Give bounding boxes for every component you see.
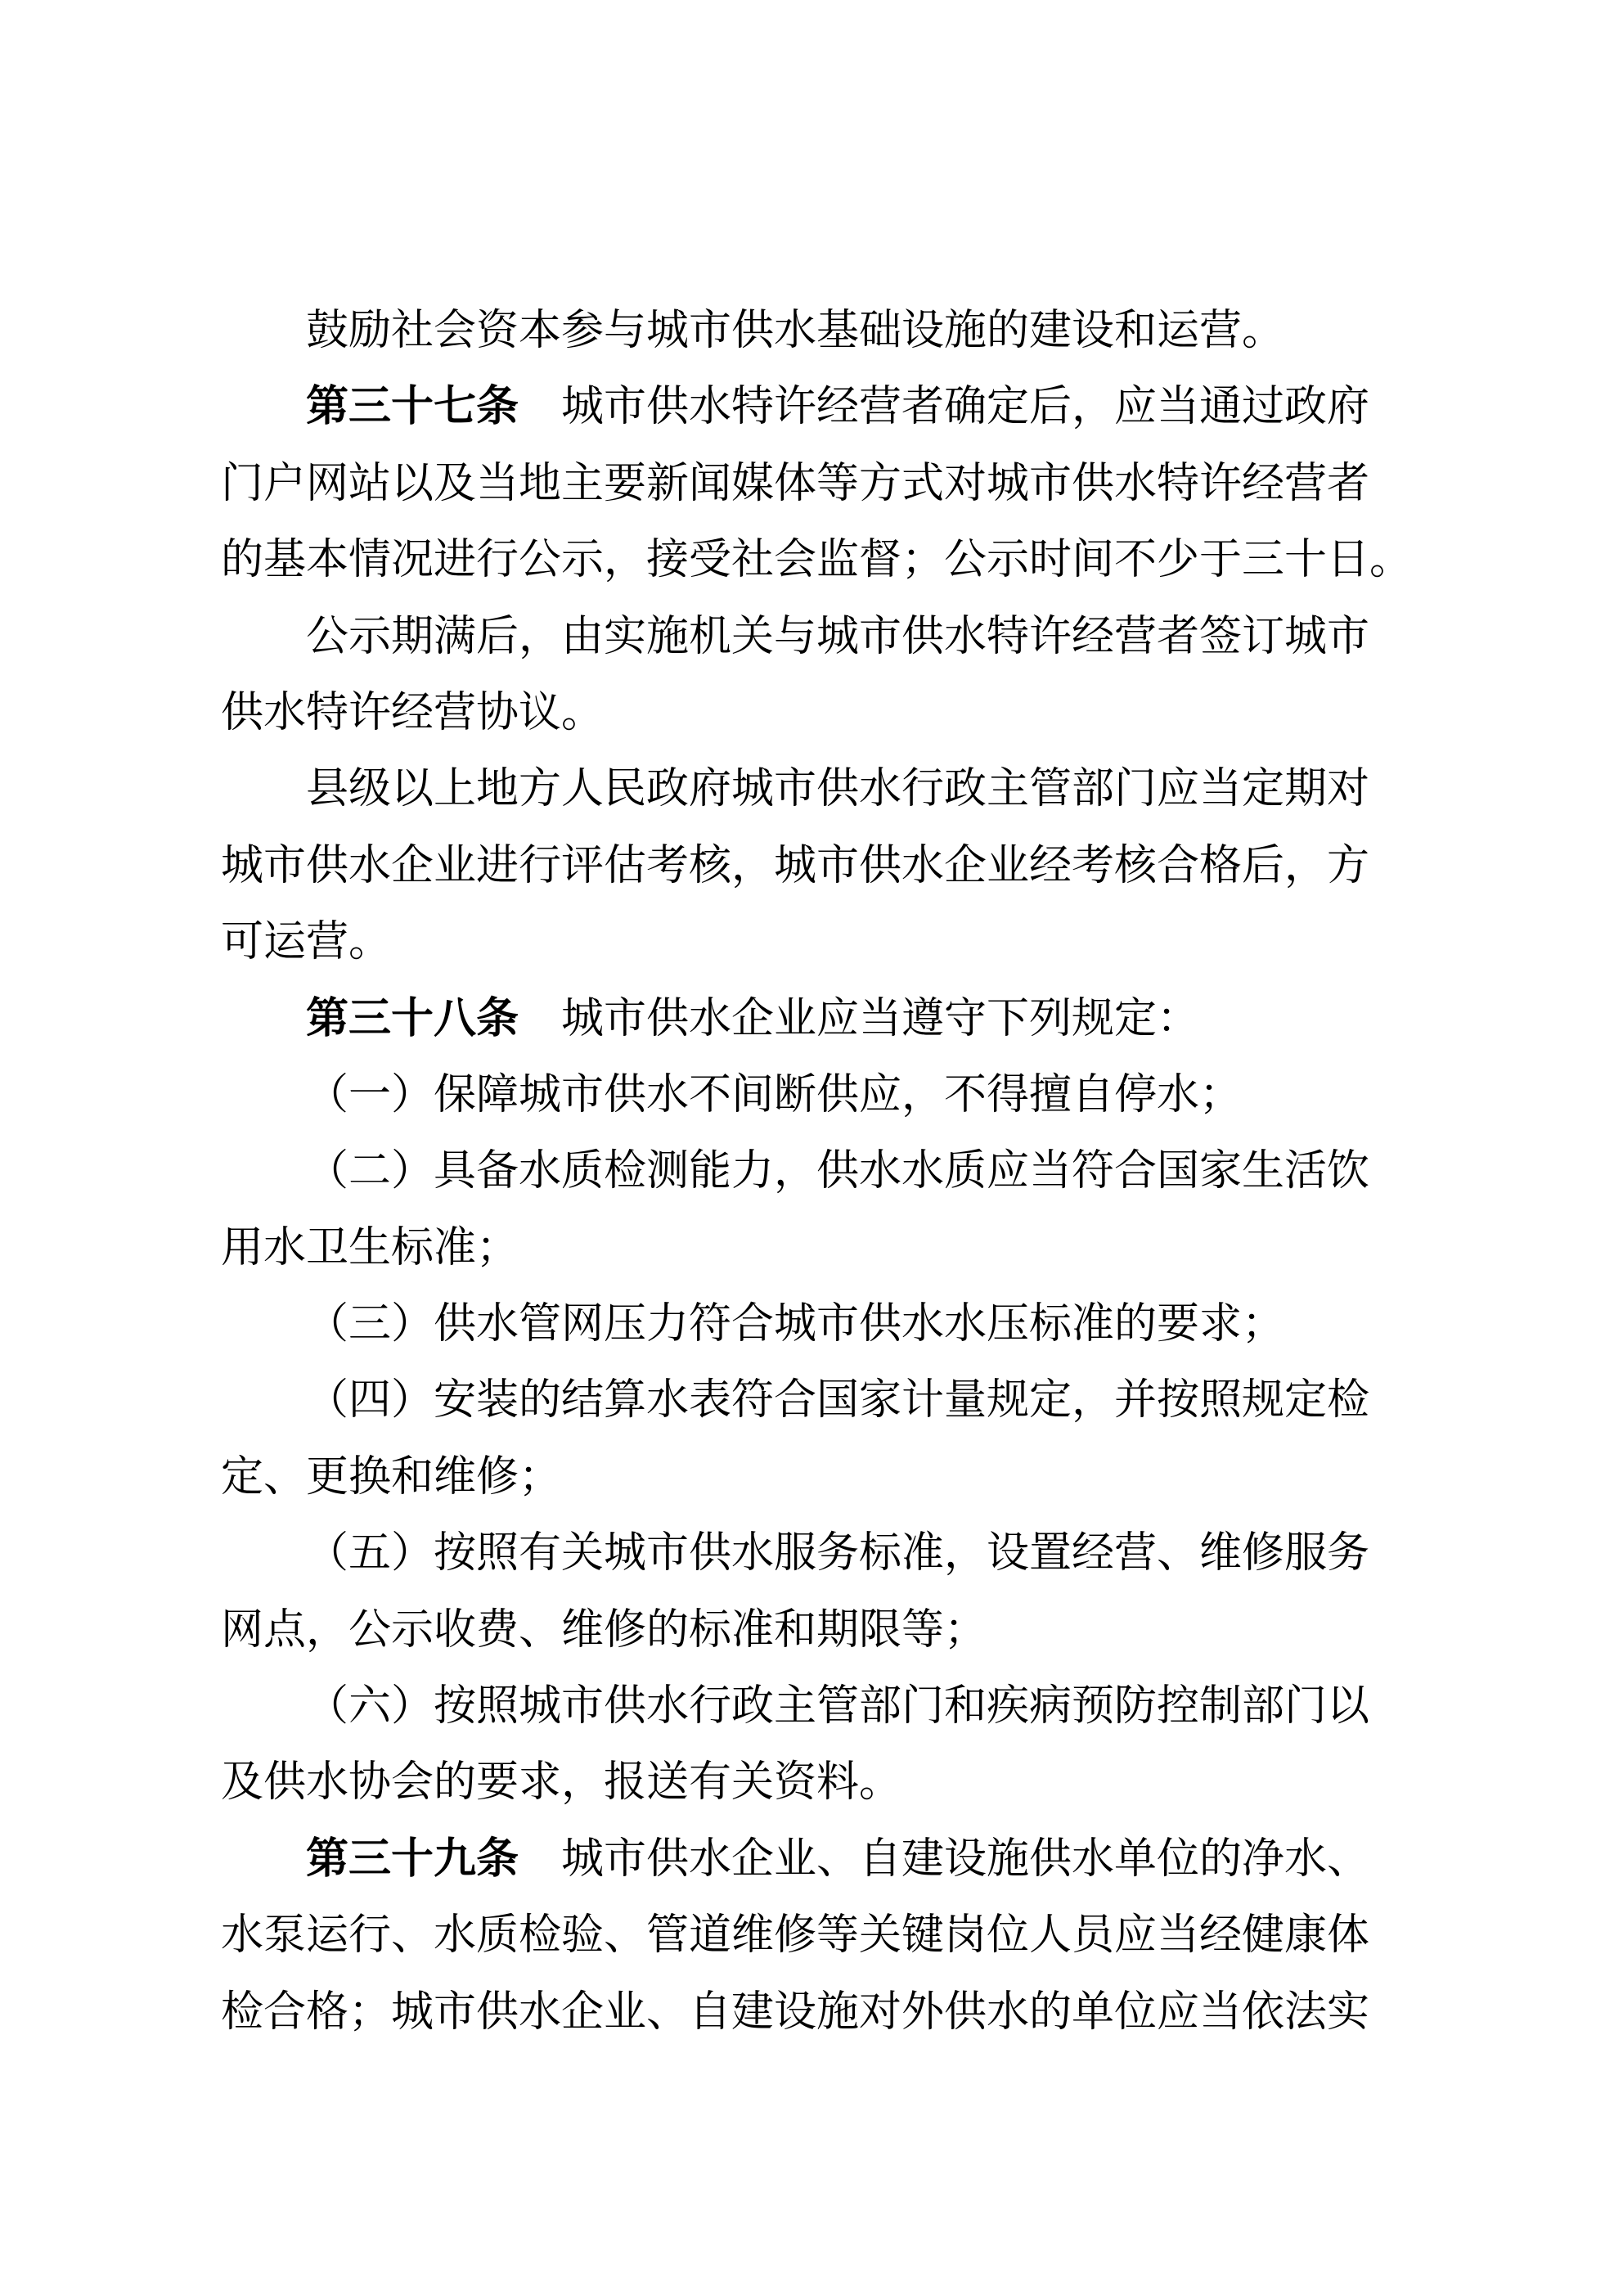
text-line: 网点，公示收费、维修的标准和期限等； xyxy=(221,1592,1409,1668)
text-segment: （一）保障城市供水不间断供应，不得擅自停水； xyxy=(306,1072,1242,1119)
text-line: 及供水协会的要求，报送有关资料。 xyxy=(221,1745,1409,1821)
text-line: （一）保障城市供水不间断供应，不得擅自停水； xyxy=(221,1057,1409,1133)
text-segment: 供水特许经营协议。 xyxy=(221,690,604,736)
text-line: 城市供水企业进行评估考核，城市供水企业经考核合格后，方 xyxy=(221,828,1409,904)
text-segment: （六）按照城市供水行政主管部门和疾病预防控制部门以 xyxy=(306,1683,1369,1730)
text-line: 水泵运行、水质检验、管道维修等关键岗位人员应当经健康体 xyxy=(221,1898,1409,1974)
text-segment: 网点，公示收费、维修的标准和期限等； xyxy=(221,1607,987,1654)
text-segment: 可运营。 xyxy=(221,919,391,966)
text-segment: 定、更换和维修； xyxy=(221,1454,561,1501)
text-line: 用水卫生标准； xyxy=(221,1210,1409,1286)
text-line: （六）按照城市供水行政主管部门和疾病预防控制部门以 xyxy=(221,1668,1409,1745)
text-segment: 及供水协会的要求，报送有关资料。 xyxy=(221,1759,901,1806)
article-number: 第三十八条 xyxy=(306,996,519,1042)
text-segment: 公示期满后，由实施机关与城市供水特许经营者签订城市 xyxy=(306,614,1369,660)
text-line: 第三十七条 城市供水特许经营者确定后，应当通过政府 xyxy=(221,369,1409,445)
text-line: （五）按照有关城市供水服务标准，设置经营、维修服务 xyxy=(221,1515,1409,1591)
text-segment: 水泵运行、水质检验、管道维修等关键岗位人员应当经健康体 xyxy=(221,1912,1369,1959)
text-line: 门户网站以及当地主要新闻媒体等方式对城市供水特许经营者 xyxy=(221,446,1409,522)
text-line: 可运营。 xyxy=(221,904,1409,980)
article-number: 第三十九条 xyxy=(306,1836,519,1883)
text-segment: 城市供水企业应当遵守下列规定： xyxy=(519,996,1199,1042)
text-segment: （三）供水管网压力符合城市供水水压标准的要求； xyxy=(306,1301,1284,1348)
text-segment: （四）安装的结算水表符合国家计量规定，并按照规定检 xyxy=(306,1377,1369,1424)
text-line: 鼓励社会资本参与城市供水基础设施的建设和运营。 xyxy=(221,293,1409,369)
text-segment: 县级以上地方人民政府城市供水行政主管部门应当定期对 xyxy=(306,766,1369,813)
document-body: 鼓励社会资本参与城市供水基础设施的建设和运营。第三十七条 城市供水特许经营者确定… xyxy=(221,293,1409,2051)
document-page: 鼓励社会资本参与城市供水基础设施的建设和运营。第三十七条 城市供水特许经营者确定… xyxy=(0,0,1623,2296)
text-segment: 城市供水企业、自建设施供水单位的净水、 xyxy=(519,1836,1369,1883)
text-line: 供水特许经营协议。 xyxy=(221,675,1409,751)
text-segment: 的基本情况进行公示，接受社会监督；公示时间不少于三十日。 xyxy=(221,537,1412,583)
text-segment: 用水卫生标准； xyxy=(221,1225,519,1272)
text-segment: 城市供水企业进行评估考核，城市供水企业经考核合格后，方 xyxy=(221,843,1369,889)
text-line: 县级以上地方人民政府城市供水行政主管部门应当定期对 xyxy=(221,751,1409,827)
text-line: 检合格；城市供水企业、自建设施对外供水的单位应当依法实 xyxy=(221,1974,1409,2051)
text-segment: （二）具备水质检测能力，供水水质应当符合国家生活饮 xyxy=(306,1148,1369,1195)
text-line: （四）安装的结算水表符合国家计量规定，并按照规定检 xyxy=(221,1362,1409,1438)
text-line: 公示期满后，由实施机关与城市供水特许经营者签订城市 xyxy=(221,599,1409,675)
text-segment: （五）按照有关城市供水服务标准，设置经营、维修服务 xyxy=(306,1530,1369,1577)
text-line: （三）供水管网压力符合城市供水水压标准的要求； xyxy=(221,1286,1409,1362)
text-segment: 门户网站以及当地主要新闻媒体等方式对城市供水特许经营者 xyxy=(221,461,1369,507)
text-line: 的基本情况进行公示，接受社会监督；公示时间不少于三十日。 xyxy=(221,522,1409,598)
text-line: 定、更换和维修； xyxy=(221,1439,1409,1515)
text-segment: 鼓励社会资本参与城市供水基础设施的建设和运营。 xyxy=(306,308,1284,354)
text-segment: 检合格；城市供水企业、自建设施对外供水的单位应当依法实 xyxy=(221,1989,1369,2036)
text-segment: 城市供水特许经营者确定后，应当通过政府 xyxy=(519,384,1369,430)
text-line: （二）具备水质检测能力，供水水质应当符合国家生活饮 xyxy=(221,1133,1409,1209)
text-line: 第三十八条 城市供水企业应当遵守下列规定： xyxy=(221,981,1409,1057)
article-number: 第三十七条 xyxy=(306,384,519,430)
text-line: 第三十九条 城市供水企业、自建设施供水单位的净水、 xyxy=(221,1821,1409,1898)
